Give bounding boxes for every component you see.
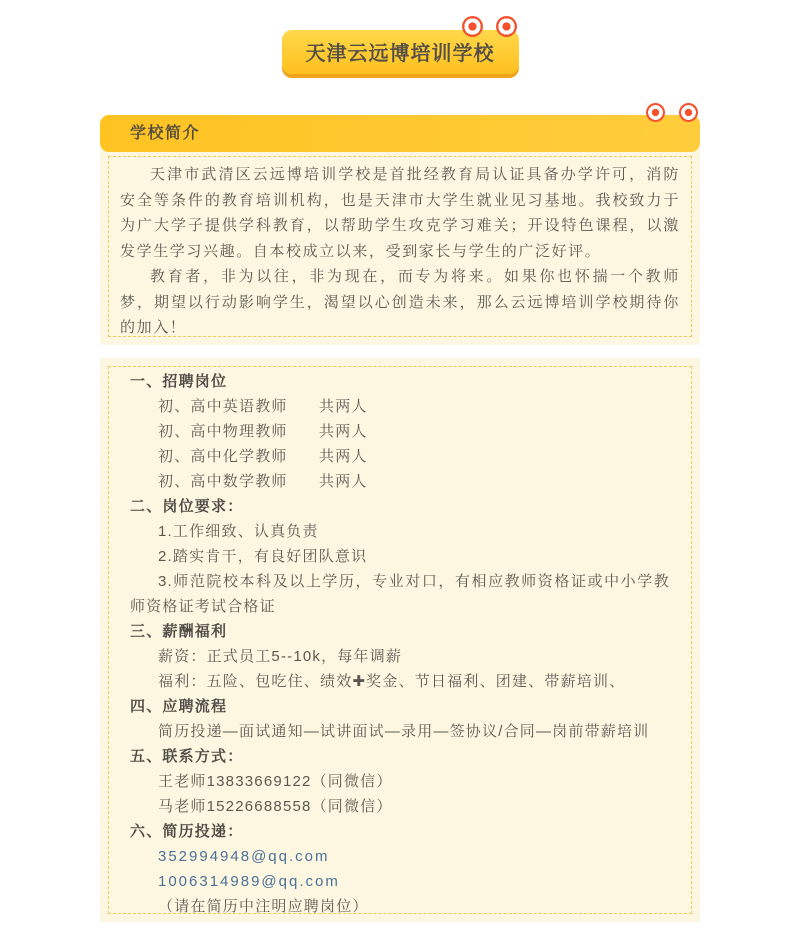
- job-title: 初、高中化学教师: [158, 444, 319, 469]
- job-row: 初、高中数学教师共两人: [130, 469, 670, 494]
- requirement-item: 2.踏实肯干，有良好团队意识: [130, 544, 670, 569]
- pin-icon: [496, 16, 517, 37]
- contact-phone: 王老师13833669122（同微信）: [130, 769, 670, 794]
- pin-decoration: [646, 103, 698, 122]
- pin-decoration: [462, 16, 517, 37]
- pin-icon: [646, 103, 665, 122]
- intro-paragraph: 天津市武清区云远博培训学校是首批经教育局认证具备办学许可，消防安全等条件的教育培…: [120, 162, 680, 264]
- intro-box: 天津市武清区云远博培训学校是首批经教育局认证具备办学许可，消防安全等条件的教育培…: [100, 148, 700, 345]
- job-row: 初、高中英语教师共两人: [130, 394, 670, 419]
- job-row: 初、高中物理教师共两人: [130, 419, 670, 444]
- job-title: 初、高中数学教师: [158, 469, 319, 494]
- job-title: 初、高中物理教师: [158, 419, 319, 444]
- recruitment-box: 一、招聘岗位 初、高中英语教师共两人 初、高中物理教师共两人 初、高中化学教师共…: [100, 358, 700, 922]
- job-count: 共两人: [319, 473, 368, 490]
- pin-icon: [679, 103, 698, 122]
- job-title: 初、高中英语教师: [158, 394, 319, 419]
- section-heading-positions: 一、招聘岗位: [130, 369, 670, 394]
- email-link[interactable]: 1006314989@qq.com: [130, 869, 670, 894]
- email-link[interactable]: 352994948@qq.com: [130, 844, 670, 869]
- section-heading-resume: 六、简历投递：: [130, 819, 670, 844]
- job-row: 初、高中化学教师共两人: [130, 444, 670, 469]
- requirement-item: 3.师范院校本科及以上学历，专业对口，有相应教师资格证或中小学教师资格证考试合格…: [130, 569, 670, 619]
- process-flow: 简历投递—面试通知—试讲面试—录用—签协议/合同—岗前带薪培训: [130, 719, 670, 744]
- resume-note: （请在简历中注明应聘岗位）: [130, 894, 670, 919]
- welfare-item: 福利：五险、包吃住、绩效✚奖金、节日福利、团建、带薪培训、: [130, 669, 670, 694]
- requirement-item: 1.工作细致、认真负责: [130, 519, 670, 544]
- salary-item: 薪资：正式员工5--10k，每年调薪: [130, 644, 670, 669]
- title-area: 天津云远博培训学校: [0, 30, 800, 74]
- section-heading-salary: 三、薪酬福利: [130, 619, 670, 644]
- section-heading-contact: 五、联系方式：: [130, 744, 670, 769]
- intro-paragraph: 教育者，非为以往，非为现在，而专为将来。如果你也怀揣一个教师梦，期望以行动影响学…: [120, 264, 680, 341]
- recruitment-poster: 天津云远博培训学校 学校简介 天津市武清区云远博培训学校是首批经教育局认证具备办…: [0, 0, 800, 938]
- job-count: 共两人: [319, 448, 368, 465]
- job-count: 共两人: [319, 398, 368, 415]
- intro-section: 学校简介 天津市武清区云远博培训学校是首批经教育局认证具备办学许可，消防安全等条…: [100, 115, 700, 345]
- section-heading-requirements: 二、岗位要求：: [130, 494, 670, 519]
- section-heading-process: 四、应聘流程: [130, 694, 670, 719]
- section-header-intro: 学校简介: [100, 115, 700, 152]
- contact-phone: 马老师15226688558（同微信）: [130, 794, 670, 819]
- job-count: 共两人: [319, 423, 368, 440]
- pin-icon: [462, 16, 483, 37]
